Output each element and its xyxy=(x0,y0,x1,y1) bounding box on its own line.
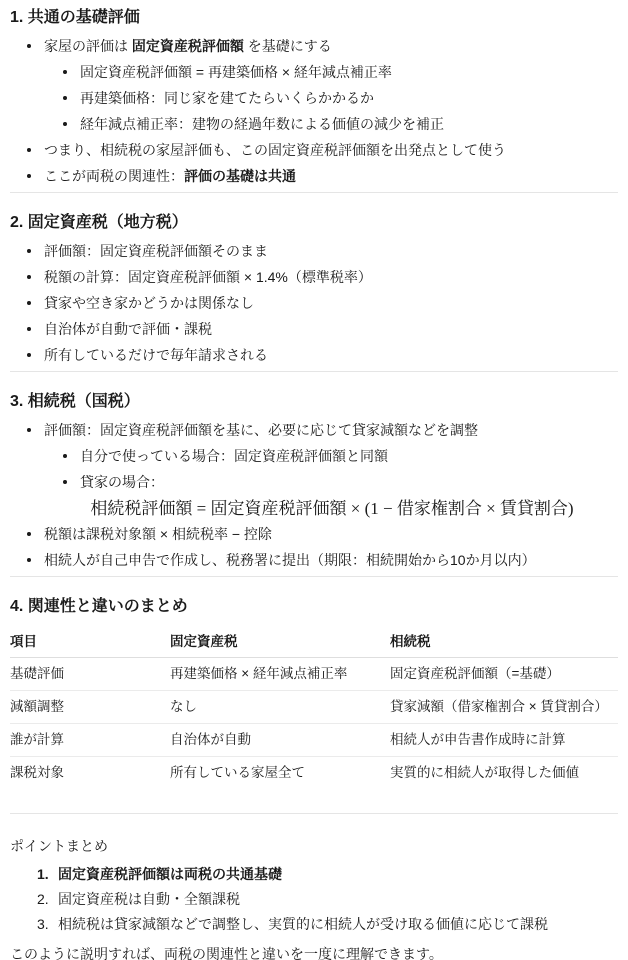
table-header-cell: 項目 xyxy=(10,627,170,658)
bullet-icon xyxy=(63,96,67,100)
list-item: 自治体が自動で評価・課税 xyxy=(10,319,618,339)
inheritance-tax-formula: 相続税評価額 = 固定資産税評価額 × (1 − 借家権割合 × 賃貸割合) xyxy=(10,498,618,520)
table-row: 誰が計算 自治体が自動 相続人が申告書作成時に計算 xyxy=(10,724,618,757)
list-item-text: 貸家や空き家かどうかは関係なし xyxy=(44,295,254,311)
list-number: 3. xyxy=(37,914,49,934)
list-item-text: ここが両税の関連性：評価の基礎は共通 xyxy=(44,168,296,184)
section-3-heading: 3. 相続税（国税） xyxy=(10,392,618,412)
list-item-text: 経年減点補正率：建物の経過年数による価値の減少を補正 xyxy=(80,116,444,132)
summary-title: ポイントまとめ xyxy=(10,836,618,856)
list-item: 税額の計算：固定資産税評価額 × 1.4%（標準税率） xyxy=(10,267,618,287)
list-item-text: 貸家の場合： xyxy=(80,474,164,490)
comparison-table: 項目 固定資産税 相続税 基礎評価 再建築価格 × 経年減点補正率 固定資産税評… xyxy=(10,627,618,789)
list-item: 2. 固定資産税は自動・全額課税 xyxy=(10,889,618,909)
table-cell: 再建築価格 × 経年減点補正率 xyxy=(170,658,390,691)
bullet-icon xyxy=(63,70,67,74)
bullet-icon xyxy=(27,558,31,562)
bullet-icon xyxy=(27,327,31,331)
bullet-icon xyxy=(27,532,31,536)
list-item: 家屋の評価は 固定資産税評価額 を基礎にする xyxy=(10,36,618,56)
list-item-text: つまり、相続税の家屋評価も、この固定資産税評価額を出発点として使う xyxy=(44,142,506,158)
list-item-text: 相続人が自己申告で作成し、税務署に提出（期限：相続開始から10か月以内） xyxy=(44,552,536,568)
list-item: 1. 固定資産税評価額は両税の共通基礎 xyxy=(10,864,618,884)
bullet-icon xyxy=(27,174,31,178)
list-item-text: 再建築価格：同じ家を建てたらいくらかかるか xyxy=(80,90,374,106)
list-item: 貸家の場合： xyxy=(10,472,618,492)
table-cell: 所有している家屋全て xyxy=(170,757,390,790)
list-item: 再建築価格：同じ家を建てたらいくらかかるか xyxy=(10,88,618,108)
list-item-text: 固定資産税は自動・全額課税 xyxy=(58,891,240,907)
list-item: 自分で使っている場合：固定資産税評価額と同額 xyxy=(10,446,618,466)
list-item: 固定資産税評価額 = 再建築価格 × 経年減点補正率 xyxy=(10,62,618,82)
section-divider xyxy=(10,371,618,372)
section-divider xyxy=(10,813,618,814)
document: 1. 共通の基礎評価 家屋の評価は 固定資産税評価額 を基礎にする 固定資産税評… xyxy=(0,0,628,960)
table-cell: 実質的に相続人が取得した価値 xyxy=(390,757,618,790)
list-item: 税額は課税対象額 × 相続税率 − 控除 xyxy=(10,524,618,544)
list-item: つまり、相続税の家屋評価も、この固定資産税評価額を出発点として使う xyxy=(10,140,618,160)
section-2-list: 評価額：固定資産税評価額そのまま 税額の計算：固定資産税評価額 × 1.4%（標… xyxy=(10,241,618,365)
table-cell: 誰が計算 xyxy=(10,724,170,757)
section-1-list: 家屋の評価は 固定資産税評価額 を基礎にする 固定資産税評価額 = 再建築価格 … xyxy=(10,36,618,186)
list-item: 貸家や空き家かどうかは関係なし xyxy=(10,293,618,313)
table-row: 減額調整 なし 貸家減額（借家権割合 × 賃貸割合） xyxy=(10,691,618,724)
list-item-text: 評価額：固定資産税評価額そのまま xyxy=(44,243,268,259)
summary-list: 1. 固定資産税評価額は両税の共通基礎 2. 固定資産税は自動・全額課税 3. … xyxy=(10,864,618,934)
table-cell: 貸家減額（借家権割合 × 賃貸割合） xyxy=(390,691,618,724)
bullet-icon xyxy=(27,301,31,305)
table-row: 課税対象 所有している家屋全て 実質的に相続人が取得した価値 xyxy=(10,757,618,790)
section-1-heading: 1. 共通の基礎評価 xyxy=(10,8,618,28)
bullet-icon xyxy=(63,454,67,458)
section-divider xyxy=(10,576,618,577)
table-cell: なし xyxy=(170,691,390,724)
list-item-text: 税額は課税対象額 × 相続税率 − 控除 xyxy=(44,526,272,542)
list-item-text: 税額の計算：固定資産税評価額 × 1.4%（標準税率） xyxy=(44,269,372,285)
bullet-icon xyxy=(27,428,31,432)
closing-paragraph: このように説明すれば、両税の関連性と違いを一度に理解できます。 xyxy=(10,944,618,960)
list-item-text: 固定資産税評価額 = 再建築価格 × 経年減点補正率 xyxy=(80,64,392,80)
table-header-cell: 固定資産税 xyxy=(170,627,390,658)
table-cell: 課税対象 xyxy=(10,757,170,790)
list-item: 評価額：固定資産税評価額そのまま xyxy=(10,241,618,261)
table-header-cell: 相続税 xyxy=(390,627,618,658)
list-number: 1. xyxy=(37,864,49,884)
list-item-text: 相続税は貸家減額などで調整し、実質的に相続人が受け取る価値に応じて課税 xyxy=(58,916,548,932)
list-item: 経年減点補正率：建物の経過年数による価値の減少を補正 xyxy=(10,114,618,134)
section-3-list-top: 評価額：固定資産税評価額を基に、必要に応じて貸家減額などを調整 自分で使っている… xyxy=(10,420,618,492)
list-item-text: 評価額：固定資産税評価額を基に、必要に応じて貸家減額などを調整 xyxy=(44,422,478,438)
table-cell: 基礎評価 xyxy=(10,658,170,691)
list-number: 2. xyxy=(37,889,49,909)
bullet-icon xyxy=(27,249,31,253)
section-3-list-bottom: 税額は課税対象額 × 相続税率 − 控除 相続人が自己申告で作成し、税務署に提出… xyxy=(10,524,618,570)
list-item: 評価額：固定資産税評価額を基に、必要に応じて貸家減額などを調整 xyxy=(10,420,618,440)
bullet-icon xyxy=(27,353,31,357)
table-cell: 減額調整 xyxy=(10,691,170,724)
section-2-heading: 2. 固定資産税（地方税） xyxy=(10,213,618,233)
list-item: 所有しているだけで毎年請求される xyxy=(10,345,618,365)
table-row: 基礎評価 再建築価格 × 経年減点補正率 固定資産税評価額（=基礎） xyxy=(10,658,618,691)
table-cell: 自治体が自動 xyxy=(170,724,390,757)
table-header-row: 項目 固定資産税 相続税 xyxy=(10,627,618,658)
list-item-text: 家屋の評価は 固定資産税評価額 を基礎にする xyxy=(44,38,332,54)
bullet-icon xyxy=(27,148,31,152)
list-item: 相続人が自己申告で作成し、税務署に提出（期限：相続開始から10か月以内） xyxy=(10,550,618,570)
list-item-text: 自治体が自動で評価・課税 xyxy=(44,321,212,337)
table-cell: 相続人が申告書作成時に計算 xyxy=(390,724,618,757)
bullet-icon xyxy=(63,122,67,126)
section-divider xyxy=(10,192,618,193)
list-item-text: 自分で使っている場合：固定資産税評価額と同額 xyxy=(80,448,388,464)
table-cell: 固定資産税評価額（=基礎） xyxy=(390,658,618,691)
list-item-text: 所有しているだけで毎年請求される xyxy=(44,347,268,363)
list-item: 3. 相続税は貸家減額などで調整し、実質的に相続人が受け取る価値に応じて課税 xyxy=(10,914,618,934)
bullet-icon xyxy=(63,480,67,484)
list-item-text: 固定資産税評価額は両税の共通基礎 xyxy=(58,866,282,882)
list-item: ここが両税の関連性：評価の基礎は共通 xyxy=(10,166,618,186)
bullet-icon xyxy=(27,275,31,279)
bullet-icon xyxy=(27,44,31,48)
section-4-heading: 4. 関連性と違いのまとめ xyxy=(10,597,618,617)
